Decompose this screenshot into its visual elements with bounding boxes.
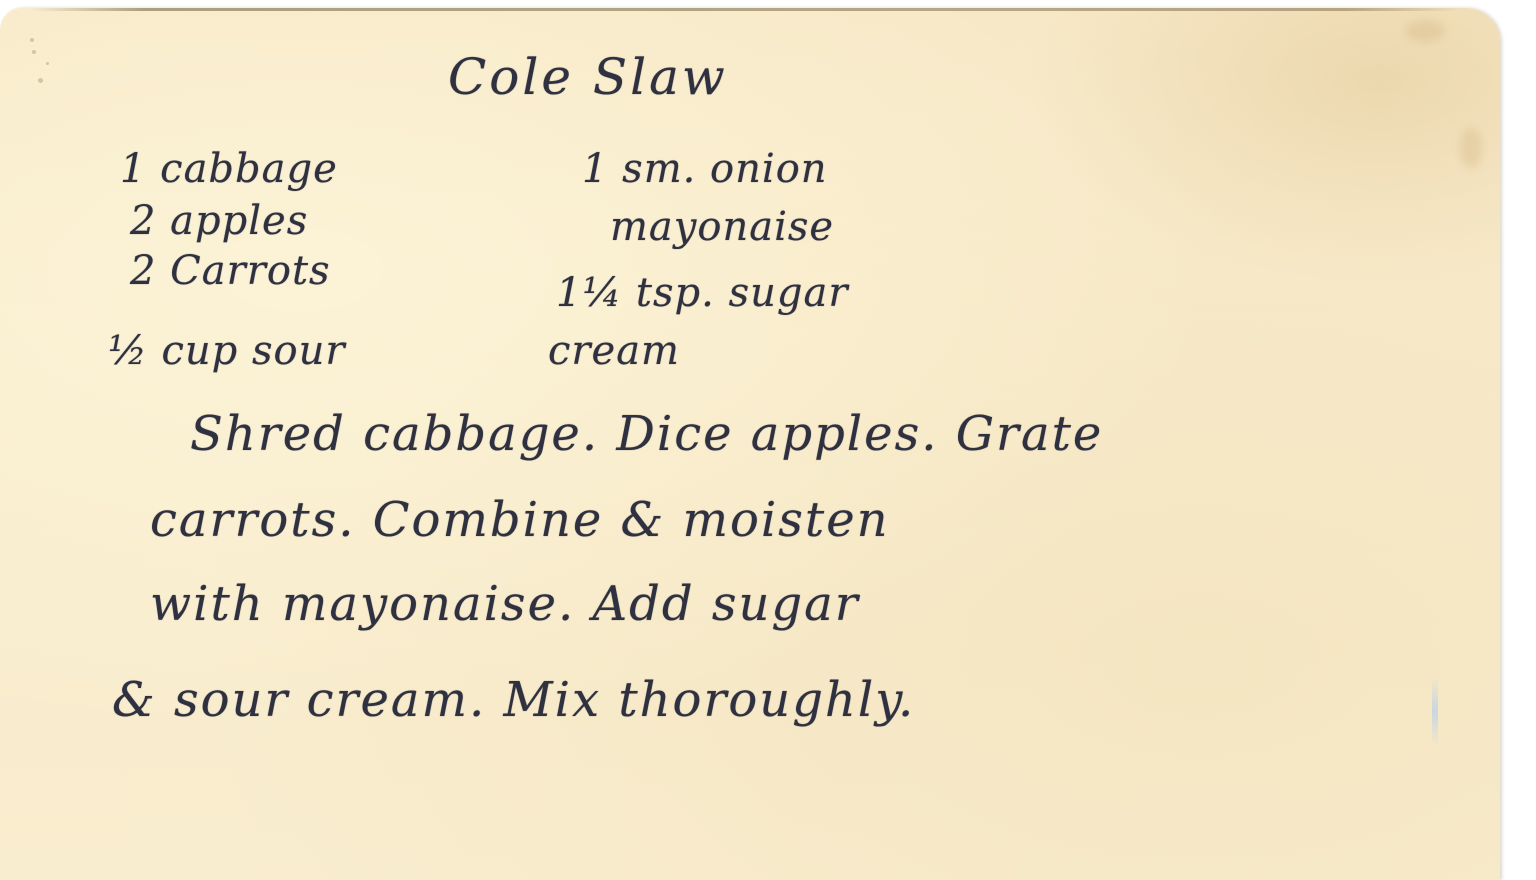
ingredient-sour-cream-part2: cream: [548, 328, 680, 374]
ingredient-sugar: 1¼ tsp. sugar: [556, 270, 848, 316]
recipe-title: Cole Slaw: [448, 48, 728, 106]
scanned-recipe-card: Cole Slaw 1 cabbage 2 apples 2 Carrots ½…: [0, 0, 1536, 880]
stain: [1460, 128, 1482, 168]
ingredient-onion: 1 sm. onion: [582, 146, 828, 192]
speck: [46, 62, 49, 65]
instruction-line-1: Shred cabbage. Dice apples. Grate: [190, 406, 1103, 462]
stain: [1405, 20, 1445, 42]
recipe-card: Cole Slaw 1 cabbage 2 apples 2 Carrots ½…: [0, 8, 1500, 880]
paper-crease: [1432, 676, 1438, 746]
instruction-line-2: carrots. Combine & moisten: [150, 492, 890, 548]
speck: [38, 78, 43, 83]
ingredient-mayonaise: mayonaise: [610, 204, 834, 250]
ingredient-cabbage: 1 cabbage: [120, 146, 338, 192]
instruction-line-3: with mayonaise. Add sugar: [150, 576, 860, 632]
ingredient-apples: 2 apples: [130, 198, 308, 244]
ingredient-sour-cream-part1: ½ cup sour: [108, 328, 345, 374]
speck: [30, 38, 34, 42]
ingredient-carrots: 2 Carrots: [130, 248, 331, 294]
speck: [32, 50, 36, 54]
instruction-line-4: & sour cream. Mix thoroughly.: [112, 672, 915, 728]
